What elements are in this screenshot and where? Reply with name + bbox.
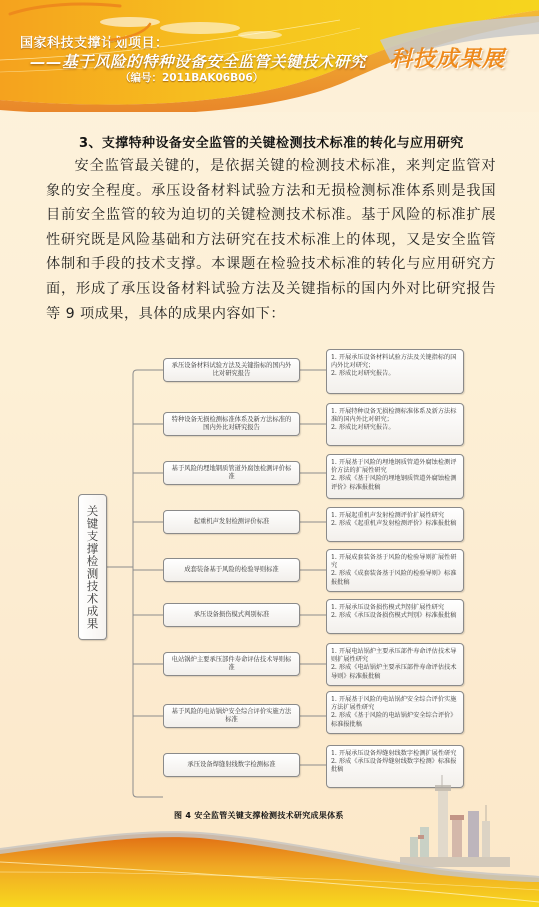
outcome-node-4: 1. 开展起重机声发射检测评价扩展性研究 2. 形成《起重机声发射检测评价》标准…	[326, 507, 464, 542]
project-title: ——基于风险的特种设备安全监管关键技术研究	[30, 50, 366, 72]
column-logo: 科技成果展	[390, 42, 505, 73]
outcome-node-1: 1. 开展承压设备材料试验方法及关键指标的国内外比对研究； 2. 形成比对研究报…	[326, 349, 464, 394]
footer-wave-background	[0, 820, 539, 907]
root-label: 关键支撑检测技术成果	[85, 505, 101, 630]
article-paragraph: 安全监管最关键的，是依据关键的检测技术标准，来判定监管对象的安全程度。承压设备材…	[46, 154, 496, 326]
standard-node-7: 电站锅炉主要承压部件寿命评估技术导则标准	[163, 652, 300, 676]
standard-node-3: 基于风险的埋地钢质管道外腐蚀检测评价标准	[163, 461, 300, 485]
outcome-node-7: 1. 开展电站锅炉主要承压部件寿命评估技术导则扩展性研究 2. 形成《电站锅炉主…	[326, 643, 464, 686]
outcome-node-2: 1. 开展特种设备无损检测标准体系及新方法标准的国内外比对研究； 2. 形成比对…	[326, 403, 464, 446]
outcome-node-5: 1. 开展成套装备基于风险的检验导则扩展性研究 2. 形成《成套装备基于风险的检…	[326, 549, 464, 592]
outcome-node-6: 1. 开展承压设备损伤模式判别扩展性研究 2. 形成《承压设备损伤模式判别》标准…	[326, 599, 464, 634]
outcome-node-3: 1. 开展基于风险的埋地钢质管道外腐蚀检测评价方法的扩展性研究 2. 形成《基于…	[326, 454, 464, 499]
project-number: （编号：2011BAK06B06）	[120, 70, 263, 85]
standard-node-9: 承压设备焊缝射线数字检测标准	[163, 753, 300, 777]
header-banner: 国家科技支撑计划项目： ——基于风险的特种设备安全监管关键技术研究 （编号：20…	[0, 0, 539, 112]
diagram-root-node: 关键支撑检测技术成果	[78, 494, 107, 640]
standard-node-6: 承压设备损伤模式判别标准	[163, 603, 300, 627]
standard-node-5: 成套装备基于风险的检验导则标准	[163, 558, 300, 582]
standard-node-4: 起重机声发射检测评价标准	[163, 510, 300, 534]
standard-node-2: 特种设备无损检测标准体系及新方法标准的国内外比对研究报告	[163, 412, 300, 436]
footer-wave	[0, 820, 539, 907]
standard-node-1: 承压设备材料试验方法及关键指标的国内外比对研究报告	[163, 358, 300, 382]
section-title: 3、支撑特种设备安全监管的关键检测技术标准的转化与应用研究	[79, 132, 464, 151]
standard-node-8: 基于风险的电站锅炉安全综合评价实施方法标准	[163, 704, 300, 728]
logo-swoosh-icon	[0, 0, 160, 50]
outcome-node-8: 1. 开展基于风险的电站锅炉安全综合评价实施方法扩展性研究 2. 形成《基于风险…	[326, 691, 464, 734]
